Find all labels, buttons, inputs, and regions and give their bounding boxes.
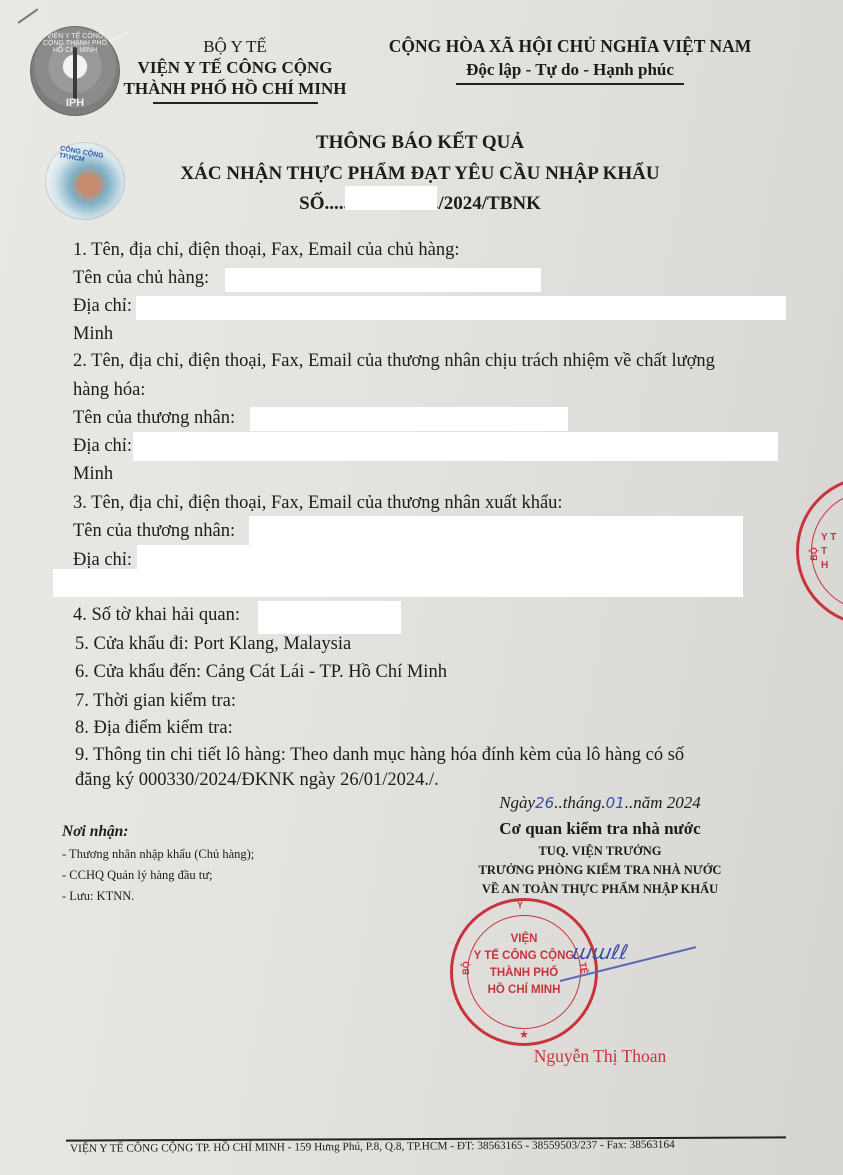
issue-date: Ngày26..tháng.01..năm 2024 — [440, 790, 760, 816]
redaction-box — [53, 569, 153, 597]
redaction-box — [345, 186, 437, 210]
year-text: ..năm 2024 — [625, 793, 701, 812]
issuer-header: BỘ Y TẾ VIỆN Y TẾ CÔNG CỘNG THÀNH PHỐ HỒ… — [100, 36, 370, 104]
section-9-shipment-details: 9. Thông tin chi tiết lô hàng: Theo danh… — [75, 743, 684, 767]
section-9-shipment-details-cont: đăng ký 000330/2024/ĐKNK ngày 26/01/2024… — [75, 768, 439, 792]
seal-line: T — [821, 545, 836, 559]
month-prefix: ..tháng. — [554, 793, 605, 812]
section-2-address-tail: Minh — [73, 462, 113, 486]
authority-name: Cơ quan kiểm tra nhà nước — [440, 816, 760, 842]
seal-top-text: Y — [517, 900, 523, 910]
date-prefix: Ngày — [499, 793, 535, 812]
partial-seal: Y T T H BỘ — [796, 476, 843, 626]
section-8-inspection-location: 8. Địa điểm kiểm tra: — [75, 716, 233, 740]
header-underline — [153, 102, 318, 104]
title-line-2: XÁC NHẬN THỰC PHẨM ĐẠT YÊU CẦU NHẬP KHẨU — [130, 158, 710, 189]
ministry-name: BỘ Y TẾ — [100, 36, 370, 57]
recipient-item: - Thương nhân nhập khẩu (Chủ hàng); — [62, 844, 362, 865]
institute-city: THÀNH PHỐ HỒ CHÍ MINH — [100, 78, 370, 99]
section-4-customs-declaration: 4. Số tờ khai hải quan: — [73, 603, 240, 627]
section-2-name-label: Tên của thương nhân: — [73, 406, 235, 430]
seal-line: H — [821, 559, 836, 573]
hologram-text: CÔNG CỘNG TP.HCM — [58, 145, 125, 170]
title-line-1: THÔNG BÁO KẾT QUẢ — [130, 128, 710, 158]
on-behalf-of: TUQ. VIỆN TRƯỞNG — [440, 842, 760, 861]
section-5-departure-port: 5. Cửa khẩu đi: Port Klang, Malaysia — [75, 632, 351, 656]
section-2-heading: 2. Tên, địa chỉ, điện thoại, Fax, Email … — [73, 349, 715, 373]
caduceus-icon — [73, 47, 77, 99]
official-seal: Y BỘ TẾ VIỆN Y TẾ CÔNG CỘNG THÀNH PHỐ HỒ… — [450, 898, 598, 1046]
handwritten-signature: ɯɯℓℓ — [569, 940, 644, 970]
section-1-heading: 1. Tên, địa chỉ, điện thoại, Fax, Email … — [73, 238, 460, 262]
signer-title-line-2: VỀ AN TOÀN THỰC PHẨM NHẬP KHẨU — [440, 880, 760, 899]
seal-text: VIỆN Y TẾ CÔNG CỘNG THÀNH PHỐ HỒ CHÍ MIN… — [467, 931, 581, 999]
national-header: CỘNG HÒA XÃ HỘI CHỦ NGHĨA VIỆT NAM Độc l… — [370, 34, 770, 85]
country-name: CỘNG HÒA XÃ HỘI CHỦ NGHĨA VIỆT NAM — [370, 34, 770, 58]
institute-name: VIỆN Y TẾ CÔNG CỘNG — [100, 57, 370, 78]
seal-line: HỒ CHÍ MINH — [467, 982, 581, 999]
recipients-heading: Nơi nhận: — [62, 820, 362, 844]
signer-name: Nguyễn Thị Thoan — [440, 1046, 760, 1067]
redaction-box — [249, 516, 743, 546]
recipient-item: - CCHQ Quản lý hàng đầu tư; — [62, 865, 362, 886]
partial-seal-text: Y T T H — [821, 531, 836, 573]
handwritten-day: 26 — [535, 794, 554, 812]
redaction-box — [258, 601, 401, 634]
hologram-seal: CÔNG CỘNG TP.HCM — [45, 142, 125, 220]
scratch-mark — [18, 8, 39, 23]
section-3-heading: 3. Tên, địa chỉ, điện thoại, Fax, Email … — [73, 491, 563, 515]
partial-seal-side: BỘ — [809, 547, 819, 561]
redaction-box — [136, 296, 786, 320]
seal-line: Y T — [821, 531, 836, 545]
national-motto: Độc lập - Tự do - Hạnh phúc — [370, 58, 770, 82]
section-7-inspection-time: 7. Thời gian kiểm tra: — [75, 689, 236, 713]
star-icon: ★ — [453, 1028, 595, 1041]
section-1-address-label: Địa chỉ: — [73, 294, 132, 318]
redaction-box — [225, 268, 541, 292]
signature-block: Ngày26..tháng.01..năm 2024 Cơ quan kiểm … — [440, 790, 760, 899]
recipients-list: Nơi nhận: - Thương nhân nhập khẩu (Chủ h… — [62, 820, 362, 907]
seal-line: Y TẾ CÔNG CỘNG — [467, 948, 581, 965]
redaction-box — [250, 407, 568, 431]
section-1-name-label: Tên của chủ hàng: — [73, 266, 209, 290]
section-6-arrival-port: 6. Cửa khẩu đến: Cảng Cát Lái - TP. Hồ C… — [75, 660, 447, 684]
section-1-address-tail: Minh — [73, 322, 113, 346]
redaction-box — [133, 432, 778, 461]
seal-line: VIỆN — [467, 931, 581, 948]
handwritten-month: 01 — [606, 794, 625, 812]
redaction-box — [137, 545, 743, 597]
motto-underline — [456, 83, 684, 85]
recipient-item: - Lưu: KTNN. — [62, 886, 362, 907]
section-2-heading-cont: hàng hóa: — [73, 378, 145, 402]
section-3-name-label: Tên của thương nhân: — [73, 519, 235, 543]
signer-title-line-1: TRƯỞNG PHÒNG KIỂM TRA NHÀ NƯỚC — [440, 861, 760, 880]
section-2-address-label: Địa chỉ: — [73, 434, 132, 458]
